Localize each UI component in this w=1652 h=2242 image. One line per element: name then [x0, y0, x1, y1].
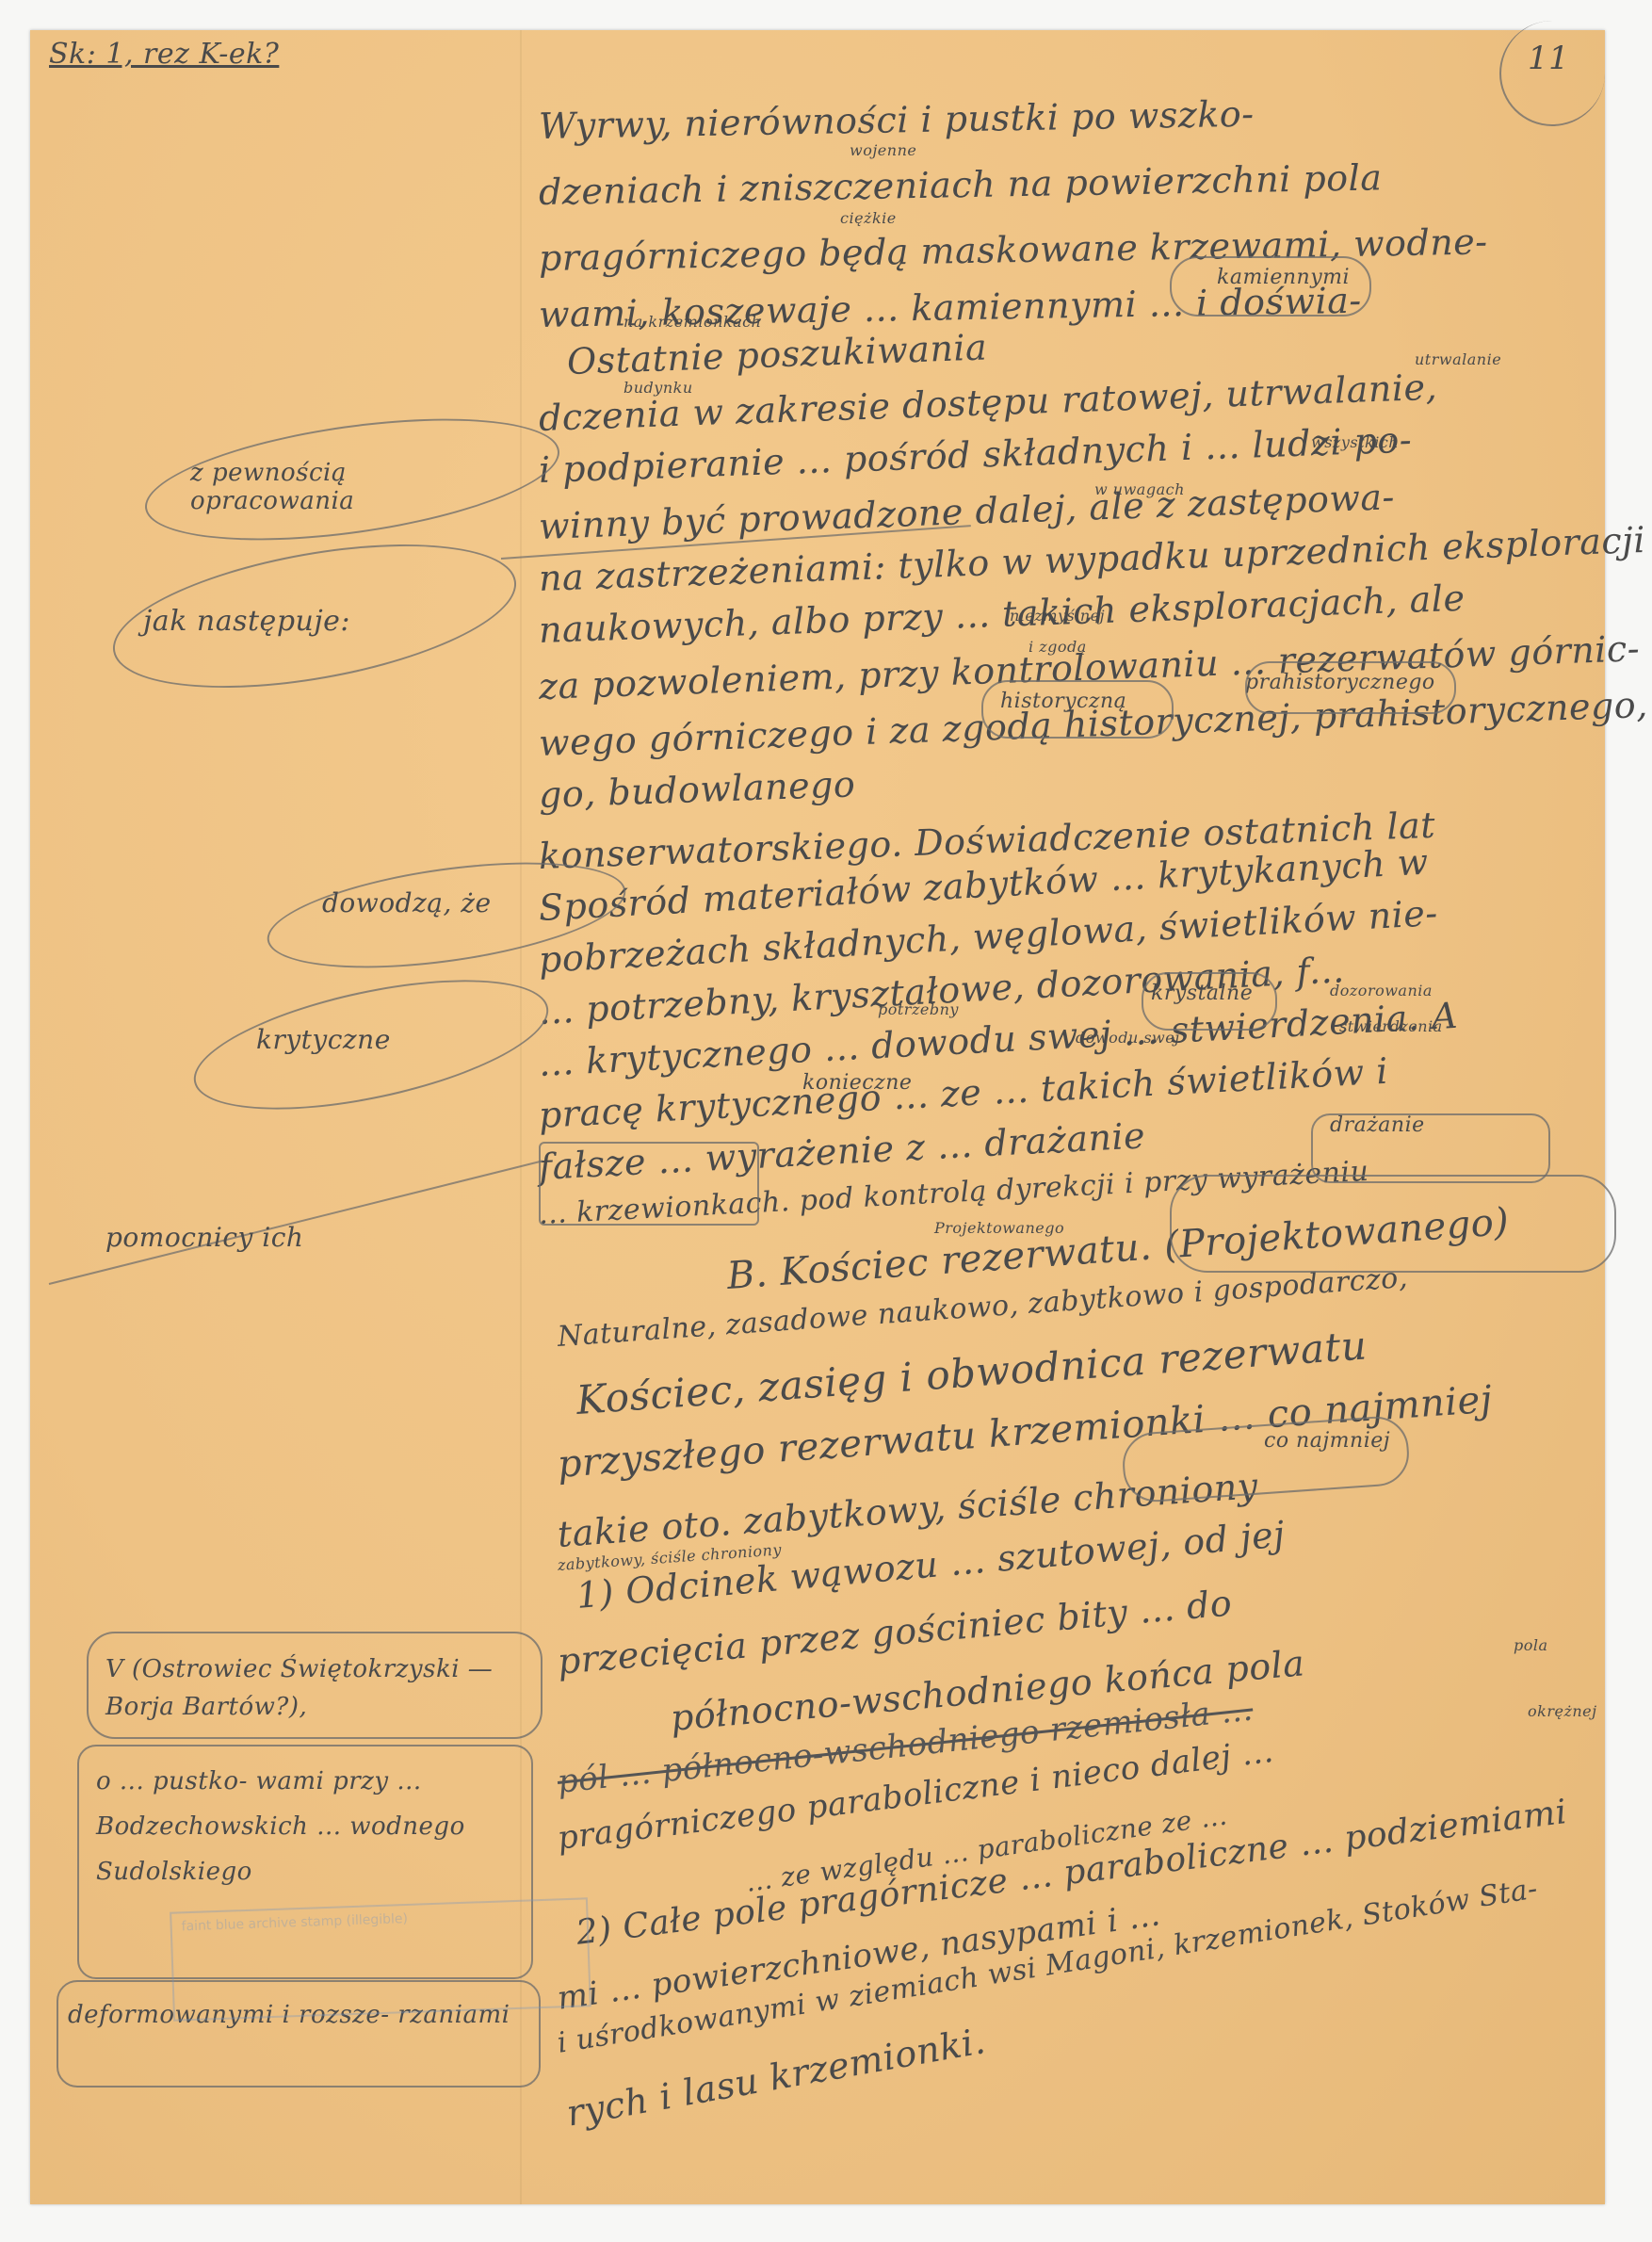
margin-note: z pewnością opracowania	[190, 459, 492, 515]
insertion: pola	[1514, 1636, 1548, 1654]
body-line: Ostatnie poszukiwania	[566, 326, 988, 382]
insertion-enclosure	[1170, 1175, 1616, 1273]
insertion: potrzebny	[878, 1000, 959, 1018]
insertion: wojenne	[850, 141, 916, 159]
body-line: go, budowlanego	[538, 763, 856, 816]
insertion: utrwalanie	[1415, 350, 1501, 368]
margin-note: dowodzą, że	[322, 887, 492, 918]
insertion: budynku	[624, 379, 693, 397]
insertion: okrężnej	[1528, 1702, 1597, 1720]
insertion-enclosure	[1245, 661, 1456, 714]
insertion-enclosure	[1170, 256, 1371, 317]
margin-note: pomocnicy ich	[105, 1222, 303, 1253]
insertion: Projektowanego	[934, 1219, 1064, 1237]
page-number-circle	[1499, 21, 1605, 126]
insertion: niezmyślnej	[1010, 607, 1105, 625]
insertion-enclosure	[539, 1142, 759, 1226]
insertion: w uwagach	[1094, 480, 1185, 498]
insertion: wszystkich	[1311, 433, 1399, 451]
insertion: dozorowania	[1330, 982, 1433, 999]
margin-note: V (Ostrowiec Świętokrzyski — Borja Bartó…	[105, 1650, 529, 1726]
insertion: i zgodą	[1028, 638, 1087, 656]
margin-note: jak następuje:	[143, 605, 350, 638]
insertion-enclosure	[1311, 1113, 1550, 1183]
archive-stamp: faint blue archive stamp (illegible)	[170, 1897, 591, 2021]
insertion: konieczne	[802, 1071, 912, 1095]
manuscript-page: Sk: 1, rez K-ek? 11 Wyrwy, nierówności i…	[30, 30, 1605, 2204]
margin-note: krytyczne	[256, 1024, 391, 1055]
insertion: ciężkie	[840, 209, 897, 227]
body-line: Wyrwy, nierówności i pustki po wszko-	[539, 93, 1255, 147]
insertion: dowodu swej	[1076, 1029, 1180, 1047]
insertion: stwierdzenia	[1339, 1017, 1443, 1035]
body-line: dzeniach i zniszczeniach na powierzchni …	[539, 156, 1383, 213]
insertion-enclosure	[981, 680, 1174, 739]
archive-signature: Sk: 1, rez K-ek?	[49, 38, 279, 71]
insertion: na krzemionkach	[624, 313, 761, 331]
margin-note: o ... pustko- wami przy ... Bodzechowski…	[96, 1759, 510, 1894]
insertion-enclosure	[1142, 972, 1277, 1031]
